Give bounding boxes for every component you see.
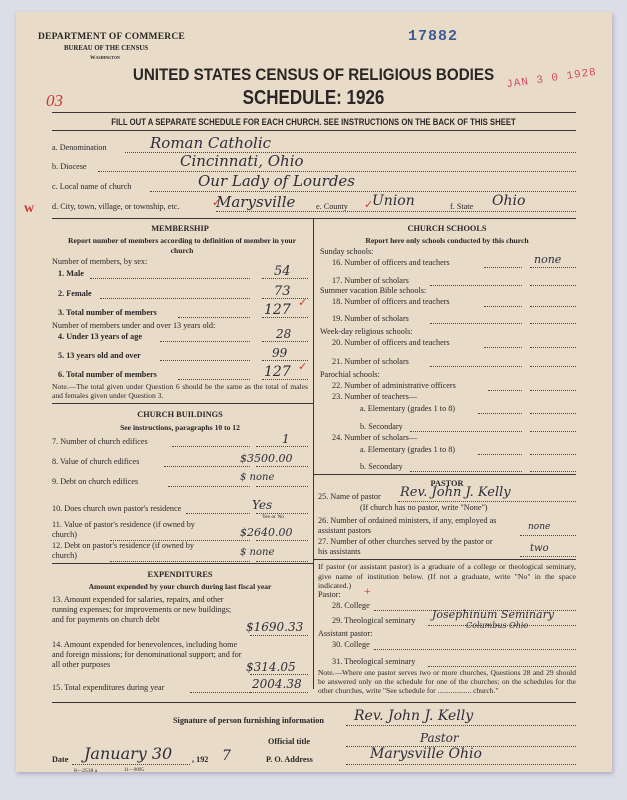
date-label: Date: [52, 755, 68, 764]
dotted-leader: [186, 513, 250, 514]
dotted-leader: [478, 413, 522, 414]
female-label: 2. Female: [58, 289, 92, 298]
residence-value-label: 11. Value of pastor's residence (if owne…: [52, 520, 202, 540]
city-label: Washington: [90, 55, 120, 61]
serial-number-stamp: 17882: [408, 28, 458, 45]
owns-residence-field[interactable]: Yes: [252, 498, 272, 512]
school-row-16-field[interactable]: none: [534, 253, 561, 266]
college-30-field[interactable]: [374, 649, 576, 650]
school-row-24b-field[interactable]: [530, 471, 576, 472]
dotted-leader: [410, 431, 522, 432]
graduate-note: If pastor (or assistant pastor) is a gra…: [318, 562, 576, 591]
page-subtitle: SCHEDULE: 1926: [47, 87, 580, 110]
total-members-label: 3. Total number of members: [58, 308, 157, 317]
form-number: 8—2518 a: [74, 768, 97, 774]
school-row-19-label: 19. Number of scholars: [332, 314, 409, 323]
dotted-leader: [398, 501, 576, 502]
official-title-field[interactable]: Pastor: [420, 731, 459, 745]
buildings-heading: CHURCH BUILDINGS: [52, 410, 308, 419]
dotted-leader: [72, 764, 190, 765]
answer-line: [520, 535, 576, 536]
yes-no-hint: Yes or No: [262, 514, 284, 520]
answer-line: [250, 635, 308, 636]
answer-line: [250, 674, 308, 675]
school-row-24b-label: b. Secondary: [360, 462, 403, 471]
over-13-field[interactable]: 99: [272, 346, 287, 360]
college-30-label: 30. College: [332, 640, 370, 649]
school-row-22-field[interactable]: [530, 390, 576, 391]
dotted-leader: [430, 366, 522, 367]
dotted-leader: [478, 454, 522, 455]
dotted-leader: [110, 561, 250, 562]
divider: [52, 702, 576, 703]
dotted-leader: [410, 471, 522, 472]
seminary-31-field[interactable]: [428, 666, 576, 667]
po-address-field[interactable]: Marysville Ohio: [370, 746, 482, 762]
answer-line: [256, 446, 308, 447]
total-expenditures-label: 15. Total expenditures during year: [52, 683, 164, 692]
under-13-field[interactable]: 28: [276, 327, 291, 341]
dotted-leader: [164, 466, 250, 467]
school-row-23b-field[interactable]: [530, 431, 576, 432]
dotted-leader: [488, 390, 522, 391]
edifices-debt-field[interactable]: $ none: [240, 472, 274, 483]
other-churches-label: 27. Number of other churches served by t…: [318, 537, 498, 557]
plus-mark-icon: +: [364, 584, 371, 599]
county-field[interactable]: Union: [372, 193, 415, 209]
dotted-leader: [178, 317, 250, 318]
parochial-schools-label: Parochial schools:: [320, 370, 380, 379]
dotted-leader: [346, 764, 576, 765]
answer-line: [520, 556, 576, 557]
school-row-17-field[interactable]: [530, 285, 576, 286]
membership-heading: MEMBERSHIP: [52, 224, 308, 233]
dotted-leader: [430, 323, 522, 324]
edifices-debt-label: 9. Debt on church edifices: [52, 477, 138, 486]
year-field[interactable]: 7: [222, 748, 231, 764]
sunday-schools-label: Sunday schools:: [320, 247, 373, 256]
seminary-29-field[interactable]: Josephinum Seminary: [432, 608, 554, 621]
dotted-leader: [100, 298, 250, 299]
school-row-20-label: 20. Number of officers and teachers: [332, 338, 450, 347]
female-count-field[interactable]: 73: [274, 284, 291, 299]
dotted-leader: [172, 446, 250, 447]
dotted-leader: [160, 341, 250, 342]
divider: [313, 559, 576, 560]
dotted-leader: [484, 347, 522, 348]
dotted-leader: [168, 486, 250, 487]
by-age-label: Number of members under and over 13 year…: [52, 321, 215, 330]
assistant-count-label: 26. Number of ordained ministers, if any…: [318, 516, 498, 536]
dotted-leader: [90, 278, 250, 279]
answer-line: [530, 267, 576, 268]
residence-value-field[interactable]: $2640.00: [240, 526, 293, 539]
school-row-21-field[interactable]: [530, 366, 576, 367]
local-name-label: c. Local name of church: [52, 182, 131, 191]
male-count-field[interactable]: 54: [274, 264, 291, 279]
school-row-20-field[interactable]: [530, 347, 576, 348]
official-title-label: Official title: [268, 737, 310, 746]
pastor-name-label: 25. Name of pastor: [318, 492, 381, 501]
answer-line: [256, 561, 308, 562]
pastor-name-field[interactable]: Rev. John J. Kelly: [400, 485, 511, 500]
school-row-24-label: 24. Number of scholars—: [332, 433, 417, 442]
denomination-label: a. Denomination: [52, 143, 107, 152]
buildings-subheading: See instructions, paragraphs 10 to 12: [52, 423, 308, 432]
school-row-19-field[interactable]: [530, 323, 576, 324]
seminary-31-label: 31. Theological seminary: [332, 657, 415, 666]
expenditures-subheading: Amount expended by your church during la…: [52, 582, 308, 591]
state-label: f. State: [450, 202, 473, 211]
year-prefix: , 192: [192, 755, 208, 764]
membership-note: Note.—The total given under Question 6 s…: [52, 382, 308, 400]
total-members-2-field[interactable]: 127: [264, 364, 291, 380]
dotted-leader: [484, 267, 522, 268]
seminary-29-label: 29. Theological seminary: [332, 616, 415, 625]
total-members-field[interactable]: 127: [264, 302, 291, 318]
divider: [52, 218, 576, 219]
answer-line: [256, 466, 308, 467]
school-row-23-label: 23. Number of teachers—: [332, 392, 417, 401]
pastor-note: Note.—Where one pastor serves two or mor…: [318, 668, 576, 695]
county-label: e. County: [316, 202, 348, 211]
total-expenditures-field[interactable]: 2004.38: [252, 677, 302, 691]
signature-label: Signature of person furnishing informati…: [173, 716, 324, 725]
dotted-leader: [178, 379, 250, 380]
dotted-leader: [190, 692, 250, 693]
city-field[interactable]: Marysville: [216, 193, 295, 211]
school-row-21-label: 21. Number of scholars: [332, 357, 409, 366]
school-row-17-label: 17. Number of scholars: [332, 276, 409, 285]
schools-heading: CHURCH SCHOOLS: [318, 224, 576, 233]
school-row-23b-label: b. Secondary: [360, 422, 403, 431]
divider: [52, 130, 576, 131]
diocese-label: b. Diocese: [52, 162, 87, 171]
department-label: DEPARTMENT OF COMMERCE: [38, 32, 185, 42]
school-row-16-label: 16. Number of officers and teachers: [332, 258, 450, 267]
running-expenses-label: 13. Amount expended for salaries, repair…: [52, 595, 244, 625]
city-label: d. City, town, village, or township, etc…: [52, 202, 179, 211]
school-row-18-field[interactable]: [530, 306, 576, 307]
by-sex-label: Number of members, by sex:: [52, 257, 147, 266]
page-title: UNITED STATES CENSUS OF RELIGIOUS BODIES: [25, 66, 602, 85]
pastor-name-hint: (If church has no pastor, write "None"): [360, 503, 488, 512]
answer-line: [256, 540, 308, 541]
under-13-label: 4. Under 13 years of age: [58, 332, 142, 341]
print-code: 11—9095: [124, 768, 144, 773]
divider: [313, 474, 576, 475]
membership-intro: Report number of members according to de…: [60, 236, 304, 256]
over-13-label: 5. 13 years old and over: [58, 351, 141, 360]
summer-schools-label: Summer vacation Bible schools:: [320, 286, 426, 295]
school-row-24a-field[interactable]: [530, 454, 576, 455]
divider: [52, 563, 313, 564]
signature-field[interactable]: Rev. John J. Kelly: [354, 708, 473, 724]
seminary-29-location: Columbus Ohio: [466, 621, 528, 630]
date-field[interactable]: January 30: [84, 744, 172, 763]
residence-debt-field[interactable]: $ none: [240, 547, 274, 558]
expenditures-heading: EXPENDITURES: [52, 570, 308, 579]
male-label: 1. Male: [58, 269, 84, 278]
owns-residence-label: 10. Does church own pastor's residence: [52, 504, 181, 513]
local-name-field[interactable]: Our Lady of Lourdes: [198, 172, 355, 190]
benevolences-field[interactable]: $314.05: [246, 660, 296, 674]
denomination-field[interactable]: Roman Catholic: [150, 134, 271, 152]
answer-line: [250, 692, 308, 693]
weekday-schools-label: Week-day religious schools:: [320, 327, 413, 336]
assistant-pastor-label: Assistant pastor:: [318, 629, 372, 638]
school-row-22-label: 22. Number of administrative officers: [332, 381, 456, 390]
school-row-23a-field[interactable]: [530, 413, 576, 414]
edifices-value-field[interactable]: $3500.00: [240, 452, 293, 465]
answer-line: [262, 341, 308, 342]
diocese-field[interactable]: Cincinnati, Ohio: [180, 152, 304, 170]
school-row-23a-label: a. Elementary (grades 1 to 8): [360, 404, 455, 413]
column-divider: [313, 219, 314, 689]
running-expenses-field[interactable]: $1690.33: [246, 620, 303, 634]
dotted-leader: [346, 725, 576, 726]
answer-line: [256, 486, 308, 487]
school-row-18-label: 18. Number of officers and teachers: [332, 297, 450, 306]
checkmark-icon: ✓: [298, 296, 307, 309]
state-field[interactable]: Ohio: [492, 193, 525, 209]
assistant-count-field[interactable]: none: [528, 522, 550, 532]
divider: [52, 112, 576, 113]
dotted-leader: [160, 360, 250, 361]
school-row-24a-label: a. Elementary (grades 1 to 8): [360, 445, 455, 454]
po-address-label: P. O. Address: [266, 755, 313, 764]
edifices-count-label: 7. Number of church edifices: [52, 437, 148, 446]
dotted-leader: [430, 285, 522, 286]
dotted-leader: [216, 211, 576, 212]
instructions-banner: FILL OUT A SEPARATE SCHEDULE FOR EACH CH…: [44, 117, 583, 127]
edifices-value-label: 8. Value of church edifices: [52, 457, 139, 466]
margin-annotation: w: [24, 201, 34, 217]
checkmark-icon: ✓: [298, 360, 307, 373]
residence-debt-label: 12. Debt on pastor's residence (if owned…: [52, 541, 202, 561]
schools-intro: Report here only schools conducted by th…: [318, 236, 576, 245]
benevolences-label: 14. Amount expended for benevolences, in…: [52, 640, 244, 670]
bureau-label: BUREAU OF THE CENSUS: [64, 45, 148, 52]
other-churches-field[interactable]: two: [530, 543, 549, 554]
pastor-sub-label: Pastor:: [318, 590, 341, 599]
dotted-leader: [484, 306, 522, 307]
divider: [52, 403, 313, 404]
college-28-label: 28. College: [332, 601, 370, 610]
total-members-2-label: 6. Total number of members: [58, 370, 157, 379]
edifices-count-field[interactable]: 1: [282, 432, 290, 446]
checkmark-icon: ✓: [212, 196, 221, 209]
dotted-leader: [150, 191, 576, 192]
checkmark-icon: ✓: [364, 198, 373, 211]
